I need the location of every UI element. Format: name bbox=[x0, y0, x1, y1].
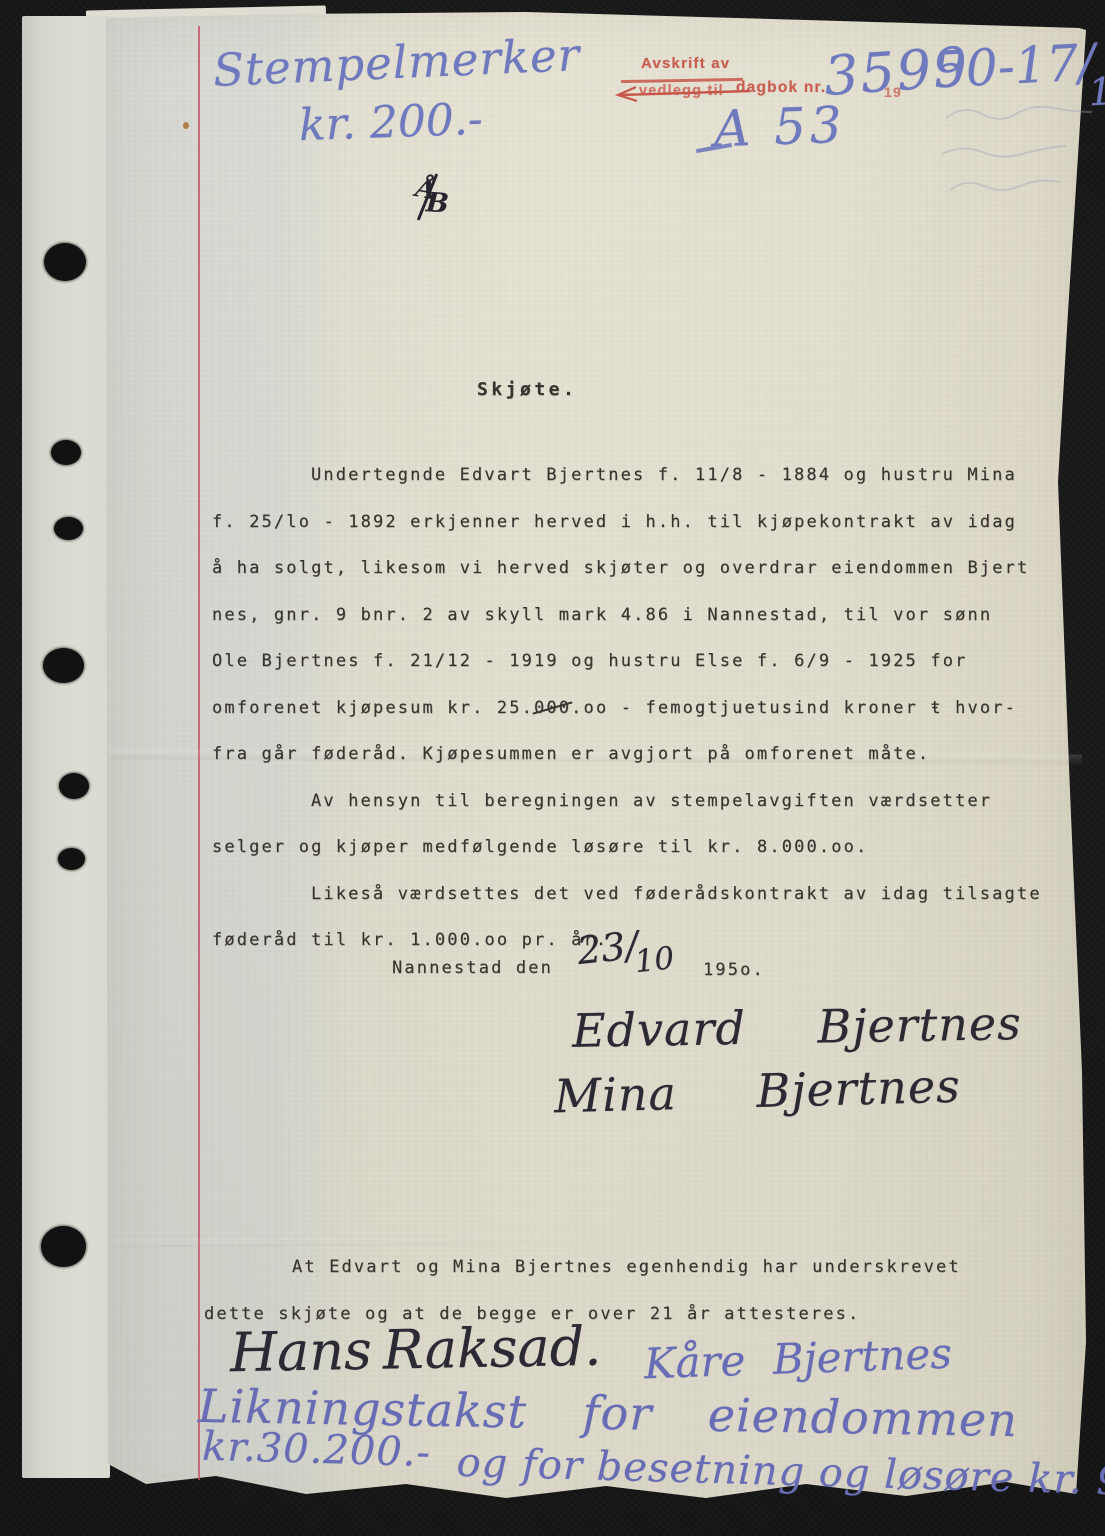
date-line-handwritten-day: 23/10 bbox=[575, 919, 680, 973]
typed-line: Likeså værdsettes det ved føderådskontra… bbox=[212, 871, 1042, 918]
punch-hole bbox=[44, 243, 86, 281]
typed-overstrike: 000 bbox=[534, 685, 571, 732]
valuation-amount-property: kr.30.200.- bbox=[202, 1424, 432, 1476]
typed-line: nes, gnr. 9 bnr. 2 av skyll mark 4.86 i … bbox=[212, 592, 1042, 639]
punch-hole bbox=[41, 1226, 86, 1267]
typed-line: Av hensyn til beregningen av stempelavgi… bbox=[212, 778, 1042, 825]
typed-fragment: .oo - femogtjuetusind kroner ŧ hvor- bbox=[571, 698, 1017, 718]
date-line-place: Nannestad den bbox=[392, 958, 553, 978]
valuation-amount-chattels: og for besetning og løsøre kr. 9.900- bbox=[456, 1440, 1105, 1508]
punch-hole bbox=[59, 773, 89, 799]
deed-body: Undertegnde Edvart Bjertnes f. 11/8 - 18… bbox=[212, 452, 1042, 964]
copy-stamp-line1: Avskrift av bbox=[641, 55, 730, 72]
punch-hole bbox=[43, 648, 84, 683]
journal-date-main: 50-17/ bbox=[933, 33, 1097, 99]
copy-stamp-strike-arrow bbox=[610, 85, 755, 103]
deed-title: Skjøte. bbox=[477, 379, 577, 400]
typed-line: omforenet kjøpesum kr. 25.000.oo - femog… bbox=[212, 685, 1042, 732]
backing-strip bbox=[22, 16, 110, 1478]
punch-hole bbox=[51, 440, 81, 465]
faint-pencil-marks bbox=[940, 92, 1098, 207]
red-margin-line bbox=[198, 26, 200, 1480]
date-line-year: 195o. bbox=[703, 960, 765, 980]
archive-scan: Stempelmerker kr. 200.- Avskrift av vedl… bbox=[0, 0, 1105, 1536]
typed-fragment: omforenet kjøpesum kr. 25. bbox=[212, 698, 534, 718]
attestation-line: At Edvart og Mina Bjertnes egenhendig ha… bbox=[204, 1244, 961, 1291]
day-main: 23/ bbox=[575, 923, 640, 973]
journal-date-sub: 11 bbox=[1087, 68, 1105, 114]
witness-signature-1: Hans Raksad. bbox=[229, 1315, 601, 1384]
seller-signature-2: Mina Bjertnes bbox=[553, 1059, 961, 1124]
initials-mark: Å B bbox=[404, 176, 449, 219]
journal-ref: A 53 bbox=[713, 96, 847, 159]
punch-hole bbox=[54, 517, 83, 540]
typed-line: Undertegnde Edvart Bjertnes f. 11/8 - 18… bbox=[212, 452, 1042, 499]
day-sub: 10 bbox=[633, 940, 676, 980]
seller-signature-1: Edvard Bjertnes bbox=[572, 996, 1023, 1058]
typed-line: fra går føderåd. Kjøpesummen er avgjort … bbox=[212, 731, 1042, 778]
initials-bottom: B bbox=[425, 187, 450, 220]
typed-line: selger og kjøper medfølgende løsøre til … bbox=[212, 824, 1042, 871]
typed-line: å ha solgt, likesom vi herved skjøter og… bbox=[212, 545, 1042, 592]
typed-line: f. 25/lo - 1892 erkjenner herved i h.h. … bbox=[212, 499, 1042, 546]
stamp-duty-note-line2: kr. 200.- bbox=[298, 94, 483, 151]
punch-hole bbox=[58, 848, 85, 870]
journal-date: 50-17/11 bbox=[933, 31, 1105, 100]
rust-speck bbox=[183, 122, 189, 129]
typed-line: Ole Bjertnes f. 21/12 - 1919 og hustru E… bbox=[212, 638, 1042, 685]
